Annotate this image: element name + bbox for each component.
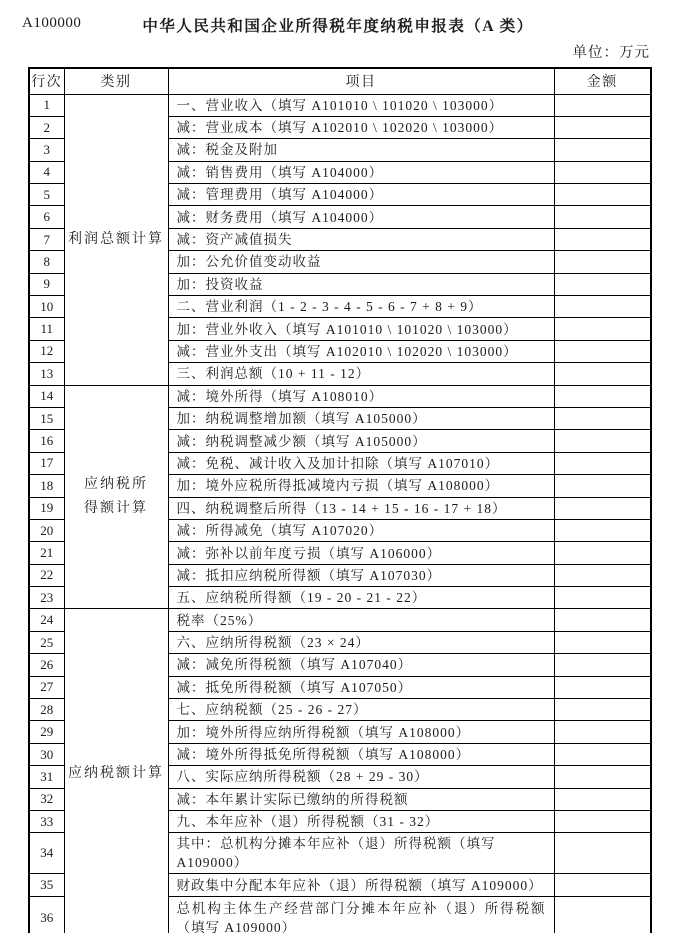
amount-cell[interactable]	[554, 631, 651, 653]
item-cell: 减：所得减免（填写 A107020）	[168, 519, 554, 541]
item-cell: 减：境外所得抵免所得税额（填写 A108000）	[168, 743, 554, 765]
row-number-cell: 13	[29, 363, 64, 385]
row-number-cell: 5	[29, 184, 64, 206]
item-cell: 税率（25%）	[168, 609, 554, 631]
item-cell: 减：税金及附加	[168, 139, 554, 161]
item-cell: 七、应纳税额（25 - 26 - 27）	[168, 699, 554, 721]
amount-cell[interactable]	[554, 228, 651, 250]
row-number-cell: 8	[29, 251, 64, 273]
item-cell: 减：财务费用（填写 A104000）	[168, 206, 554, 228]
amount-cell[interactable]	[554, 833, 651, 874]
amount-cell[interactable]	[554, 273, 651, 295]
table-row: 24应纳税额计算税率（25%）	[29, 609, 651, 631]
amount-cell[interactable]	[554, 587, 651, 609]
amount-cell[interactable]	[554, 363, 651, 385]
category-cell: 应纳税额计算	[64, 609, 168, 933]
row-number-cell: 21	[29, 542, 64, 564]
amount-cell[interactable]	[554, 116, 651, 138]
row-number-cell: 23	[29, 587, 64, 609]
row-number-cell: 33	[29, 811, 64, 833]
item-cell: 减：弥补以前年度亏损（填写 A106000）	[168, 542, 554, 564]
amount-cell[interactable]	[554, 430, 651, 452]
item-cell: 减：减免所得税额（填写 A107040）	[168, 654, 554, 676]
item-cell: 减：销售费用（填写 A104000）	[168, 161, 554, 183]
amount-cell[interactable]	[554, 184, 651, 206]
item-cell: 减：营业成本（填写 A102010 \ 102020 \ 103000）	[168, 116, 554, 138]
amount-cell[interactable]	[554, 676, 651, 698]
row-number-cell: 36	[29, 896, 64, 933]
item-cell: 加：投资收益	[168, 273, 554, 295]
item-cell: 减：境外所得（填写 A108010）	[168, 385, 554, 407]
col-header-item: 项目	[168, 68, 554, 94]
item-cell: 加：营业外收入（填写 A101010 \ 101020 \ 103000）	[168, 318, 554, 340]
row-number-cell: 3	[29, 139, 64, 161]
unit-label: 单位：万元	[573, 41, 651, 62]
row-number-cell: 17	[29, 452, 64, 474]
col-header-amount: 金额	[554, 68, 651, 94]
row-number-cell: 25	[29, 631, 64, 653]
tax-form-table: 行次 类别 项目 金额 1利润总额计算一、营业收入（填写 A101010 \ 1…	[28, 67, 652, 933]
row-number-cell: 7	[29, 228, 64, 250]
item-cell: 总机构主体生产经营部门分摊本年应补（退）所得税额（填写 A109000）	[168, 896, 554, 933]
item-cell: 减：营业外支出（填写 A102010 \ 102020 \ 103000）	[168, 340, 554, 362]
amount-cell[interactable]	[554, 564, 651, 586]
amount-cell[interactable]	[554, 161, 651, 183]
col-header-row-no: 行次	[29, 68, 64, 94]
item-cell: 减：本年累计实际已缴纳的所得税额	[168, 788, 554, 810]
amount-cell[interactable]	[554, 811, 651, 833]
amount-cell[interactable]	[554, 385, 651, 407]
amount-cell[interactable]	[554, 251, 651, 273]
row-number-cell: 6	[29, 206, 64, 228]
item-cell: 三、利润总额（10 + 11 - 12）	[168, 363, 554, 385]
amount-cell[interactable]	[554, 318, 651, 340]
item-cell: 五、应纳税所得额（19 - 20 - 21 - 22）	[168, 587, 554, 609]
amount-cell[interactable]	[554, 340, 651, 362]
item-cell: 减：免税、减计收入及加计扣除（填写 A107010）	[168, 452, 554, 474]
row-number-cell: 30	[29, 743, 64, 765]
amount-cell[interactable]	[554, 296, 651, 318]
table-row: 14应纳税所 得额计算减：境外所得（填写 A108010）	[29, 385, 651, 407]
item-cell: 加：境外所得应纳所得税额（填写 A108000）	[168, 721, 554, 743]
row-number-cell: 18	[29, 475, 64, 497]
category-cell: 应纳税所 得额计算	[64, 385, 168, 609]
amount-cell[interactable]	[554, 766, 651, 788]
document-page: A100000 中华人民共和国企业所得税年度纳税申报表（A 类） 单位：万元 行…	[0, 0, 676, 933]
item-cell: 加：境外应税所得抵减境内亏损（填写 A108000）	[168, 475, 554, 497]
row-number-cell: 24	[29, 609, 64, 631]
row-number-cell: 29	[29, 721, 64, 743]
row-number-cell: 22	[29, 564, 64, 586]
amount-cell[interactable]	[554, 475, 651, 497]
item-cell: 减：纳税调整减少额（填写 A105000）	[168, 430, 554, 452]
item-cell: 减：管理费用（填写 A104000）	[168, 184, 554, 206]
item-cell: 六、应纳所得税额（23 × 24）	[168, 631, 554, 653]
row-number-cell: 10	[29, 296, 64, 318]
row-number-cell: 28	[29, 699, 64, 721]
row-number-cell: 31	[29, 766, 64, 788]
item-cell: 四、纳税调整后所得（13 - 14 + 15 - 16 - 17 + 18）	[168, 497, 554, 519]
row-number-cell: 1	[29, 94, 64, 116]
amount-cell[interactable]	[554, 519, 651, 541]
row-number-cell: 20	[29, 519, 64, 541]
amount-cell[interactable]	[554, 721, 651, 743]
row-number-cell: 34	[29, 833, 64, 874]
item-cell: 减：资产减值损失	[168, 228, 554, 250]
item-cell: 二、营业利润（1 - 2 - 3 - 4 - 5 - 6 - 7 + 8 + 9…	[168, 296, 554, 318]
page-title: 中华人民共和国企业所得税年度纳税申报表（A 类）	[0, 14, 676, 36]
amount-cell[interactable]	[554, 452, 651, 474]
amount-cell[interactable]	[554, 654, 651, 676]
row-number-cell: 14	[29, 385, 64, 407]
category-cell: 利润总额计算	[64, 94, 168, 385]
amount-cell[interactable]	[554, 497, 651, 519]
amount-cell[interactable]	[554, 206, 651, 228]
table-row: 1利润总额计算一、营业收入（填写 A101010 \ 101020 \ 1030…	[29, 94, 651, 116]
item-cell: 一、营业收入（填写 A101010 \ 101020 \ 103000）	[168, 94, 554, 116]
item-cell: 九、本年应补（退）所得税额（31 - 32）	[168, 811, 554, 833]
row-number-cell: 11	[29, 318, 64, 340]
item-cell: 加：纳税调整增加额（填写 A105000）	[168, 407, 554, 429]
row-number-cell: 9	[29, 273, 64, 295]
amount-cell[interactable]	[554, 407, 651, 429]
item-cell: 财政集中分配本年应补（退）所得税额（填写 A109000）	[168, 874, 554, 896]
row-number-cell: 27	[29, 676, 64, 698]
amount-cell[interactable]	[554, 699, 651, 721]
item-cell: 减：抵扣应纳税所得额（填写 A107030）	[168, 564, 554, 586]
amount-cell[interactable]	[554, 874, 651, 896]
row-number-cell: 26	[29, 654, 64, 676]
col-header-category: 类别	[64, 68, 168, 94]
row-number-cell: 12	[29, 340, 64, 362]
amount-cell[interactable]	[554, 139, 651, 161]
row-number-cell: 32	[29, 788, 64, 810]
row-number-cell: 2	[29, 116, 64, 138]
amount-cell[interactable]	[554, 743, 651, 765]
item-cell: 其中：总机构分摊本年应补（退）所得税额（填写 A109000）	[168, 833, 554, 874]
table-body: 1利润总额计算一、营业收入（填写 A101010 \ 101020 \ 1030…	[29, 94, 651, 933]
amount-cell[interactable]	[554, 542, 651, 564]
item-cell: 八、实际应纳所得税额（28 + 29 - 30）	[168, 766, 554, 788]
amount-cell[interactable]	[554, 788, 651, 810]
item-cell: 加：公允价值变动收益	[168, 251, 554, 273]
row-number-cell: 15	[29, 407, 64, 429]
row-number-cell: 4	[29, 161, 64, 183]
row-number-cell: 19	[29, 497, 64, 519]
amount-cell[interactable]	[554, 896, 651, 933]
amount-cell[interactable]	[554, 94, 651, 116]
row-number-cell: 35	[29, 874, 64, 896]
amount-cell[interactable]	[554, 609, 651, 631]
row-number-cell: 16	[29, 430, 64, 452]
header-row: 行次 类别 项目 金额	[29, 68, 651, 94]
item-cell: 减：抵免所得税额（填写 A107050）	[168, 676, 554, 698]
